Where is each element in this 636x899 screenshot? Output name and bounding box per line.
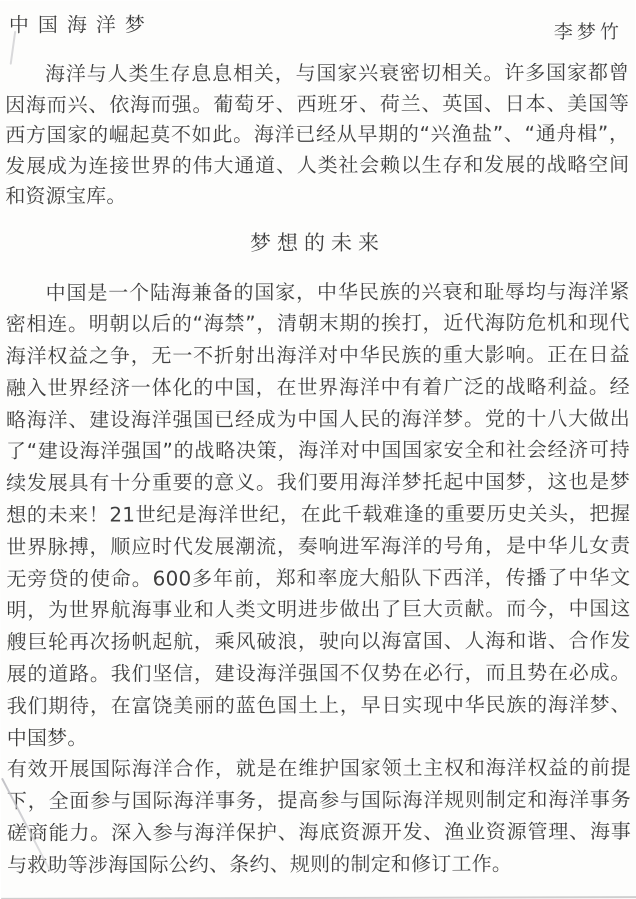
essay-paragraph: 有效开展国际海洋合作，就是在维护国家领土主权和海洋权益的前提下，全面参与国际海洋… xyxy=(7,753,631,882)
document-body: 海洋与人类生存息息相关，与国家兴衰密切相关。许多国家都曾因海而兴、依海而强。葡萄… xyxy=(5,57,631,881)
author-signature: 李梦竹 xyxy=(554,17,629,44)
section-heading: 梦想的未来 xyxy=(5,226,629,258)
essay-paragraph: 海洋与人类生存息息相关，与国家兴衰密切相关。许多国家都曾因海而兴、依海而强。葡萄… xyxy=(5,57,629,211)
document-title: 中国海洋梦 xyxy=(5,6,154,37)
essay-paragraph: 中国是一个陆海兼备的国家，中华民族的兴衰和耻辱均与海洋紧密相连。明朝以后的“海禁… xyxy=(6,276,631,755)
document-header: 中国海洋梦 李梦竹 xyxy=(5,5,629,55)
handwritten-essay-page: 中国海洋梦 李梦竹 海洋与人类生存息息相关，与国家兴衰密切相关。许多国家都曾因海… xyxy=(0,0,636,899)
